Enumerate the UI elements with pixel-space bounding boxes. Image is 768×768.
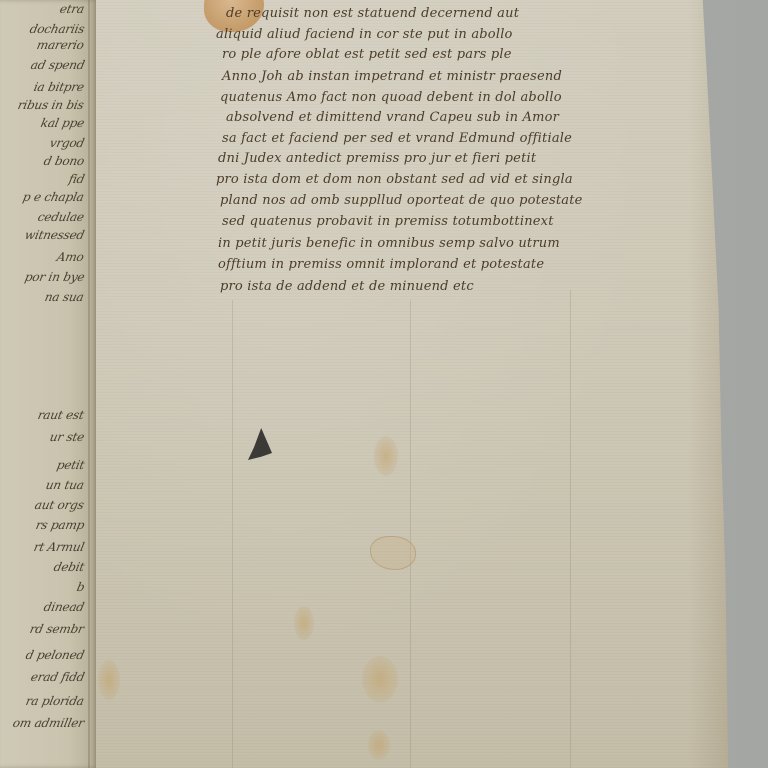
- left-line: ra plorida: [25, 694, 86, 708]
- left-line: por in bye: [23, 270, 85, 284]
- page-crease: [232, 300, 233, 768]
- text-line: sed quatenus probavit in premiss totumbo…: [222, 214, 554, 229]
- stain: [368, 730, 390, 760]
- stain: [374, 436, 398, 476]
- paper-hole: [248, 428, 272, 460]
- left-line: b: [75, 580, 85, 594]
- left-line: debit: [52, 560, 85, 574]
- manuscript-page: de requisit non est statuend decernend a…: [96, 0, 728, 768]
- left-line: petit: [55, 458, 85, 472]
- left-line: fid: [67, 172, 85, 186]
- left-line: raut est: [37, 408, 86, 422]
- text-line: ro ple afore oblat est petit sed est par…: [222, 47, 512, 62]
- text-line: Anno Joh ab instan impetrand et ministr …: [222, 69, 562, 84]
- text-line: in petit juris benefic in omnibus semp s…: [218, 236, 560, 251]
- text-line: pro ista de addend et de minuend etc: [220, 279, 474, 294]
- stain: [370, 536, 416, 570]
- left-line: ad spend: [29, 58, 85, 72]
- left-line: un tua: [45, 478, 86, 492]
- left-line: etra: [58, 2, 85, 16]
- left-line: rs pamp: [34, 518, 85, 532]
- left-line: dinead: [43, 600, 86, 614]
- left-line: ribus in bis: [17, 98, 86, 112]
- left-line: cedulae: [37, 210, 86, 224]
- text-line: absolvend et dimittend vrand Capeu sub i…: [226, 110, 559, 125]
- left-line: na sua: [44, 290, 86, 304]
- stain: [98, 660, 120, 700]
- text-line: pro ista dom et dom non obstant sed ad v…: [216, 172, 573, 187]
- stain: [294, 606, 314, 640]
- left-line: d peloned: [24, 648, 85, 662]
- left-line: marerio: [36, 38, 86, 52]
- left-line: vrgod: [48, 136, 85, 150]
- page-crease: [570, 290, 571, 768]
- text-line: sa fact et faciend per sed et vrand Edmu…: [222, 131, 572, 146]
- left-page-fragment: etra dochariis marerio ad spend ia bitpr…: [0, 0, 98, 768]
- page-crease: [410, 300, 411, 768]
- stain: [362, 656, 398, 702]
- left-line: ur ste: [48, 430, 85, 444]
- left-line: rd sembr: [29, 622, 86, 636]
- text-line: dni Judex antedict premiss pro jur et fi…: [218, 151, 536, 166]
- text-line: de requisit non est statuend decernend a…: [226, 6, 519, 21]
- left-line: ia bitpre: [33, 80, 86, 94]
- left-line: om admiller: [12, 716, 86, 730]
- left-line: erad fidd: [29, 670, 85, 684]
- text-line: quatenus Amo fact non quoad debent in do…: [220, 90, 562, 105]
- left-line: rt Armul: [32, 540, 85, 554]
- text-line: pland nos ad omb suppllud oporteat de qu…: [220, 193, 583, 208]
- text-line: offtium in premiss omnit implorand et po…: [218, 257, 544, 272]
- left-line: kal ppe: [39, 116, 85, 130]
- left-line: dochariis: [28, 22, 85, 36]
- left-line: p e chapla: [22, 190, 86, 204]
- left-page-text: etra dochariis marerio ad spend ia bitpr…: [0, 0, 92, 768]
- text-line: aliquid aliud faciend in cor ste put in …: [216, 27, 513, 42]
- left-line: witnessed: [23, 228, 85, 242]
- left-line: aut orgs: [34, 498, 86, 512]
- left-line: Amo: [56, 250, 86, 264]
- left-line: d bono: [42, 154, 85, 168]
